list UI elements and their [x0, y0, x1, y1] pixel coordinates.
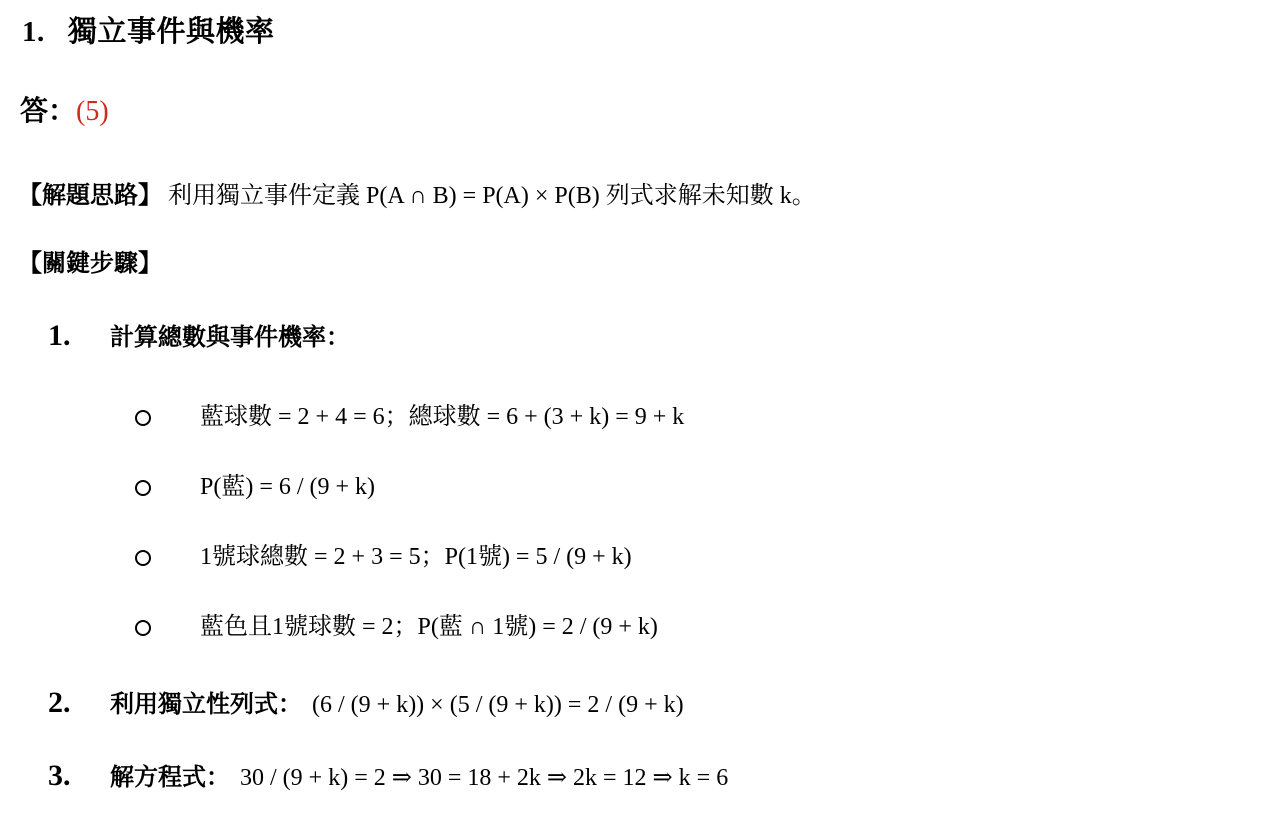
circle-bullet-icon [135, 480, 151, 496]
step-title: 利用獨立性列式： [110, 684, 302, 726]
bullet-item: P(藍) = 6 / (9 + k) [135, 470, 1282, 504]
step-formula: 30 / (9 + k) = 2 ⇒ 30 = 18 + 2k ⇒ 2k = 1… [240, 757, 728, 799]
circle-bullet-icon [135, 550, 151, 566]
solution-document: 1.獨立事件與機率 答：(5) 【解題思路】 利用獨立事件定義 P(A ∩ B)… [0, 0, 1282, 816]
bullet-item: 藍色且1號球數 = 2；P(藍 ∩ 1號) = 2 / (9 + k) [135, 610, 1282, 644]
question-title: 獨立事件與機率 [68, 16, 275, 48]
answer-value: (5) [76, 96, 109, 127]
approach-text: 利用獨立事件定義 P(A ∩ B) = P(A) × P(B) 列式求解未知數 … [168, 183, 816, 209]
step-number: 1. [48, 315, 110, 357]
approach-label: 【解題思路】 [18, 183, 162, 209]
step-title: 計算總數與事件機率： [110, 317, 350, 359]
step-formula: (6 / (9 + k)) × (5 / (9 + k)) = 2 / (9 +… [312, 684, 684, 726]
circle-bullet-icon [135, 410, 151, 426]
step-item-3: 3. 解方程式： 30 / (9 + k) = 2 ⇒ 30 = 18 + 2k… [0, 755, 1282, 799]
page-title: 1.獨立事件與機率 [22, 0, 1282, 52]
bullet-item: 1號球總數 = 2 + 3 = 5；P(1號) = 5 / (9 + k) [135, 540, 1282, 574]
key-steps-label: 【關鍵步驟】 [18, 248, 1282, 281]
approach-line: 【解題思路】 利用獨立事件定義 P(A ∩ B) = P(A) × P(B) 列… [18, 180, 1282, 213]
question-number: 1. [22, 12, 68, 52]
step-item-1: 1. 計算總數與事件機率： [0, 315, 1282, 359]
step-item-2: 2. 利用獨立性列式： (6 / (9 + k)) × (5 / (9 + k)… [0, 682, 1282, 726]
bullet-item: 藍球數 = 2 + 4 = 6；總球數 = 6 + (3 + k) = 9 + … [135, 400, 1282, 434]
bullet-text: 藍色且1號球數 = 2；P(藍 ∩ 1號) = 2 / (9 + k) [200, 610, 658, 644]
answer-label: 答： [20, 96, 76, 127]
bullet-text: 1號球總數 = 2 + 3 = 5；P(1號) = 5 / (9 + k) [200, 540, 632, 574]
step-number: 3. [48, 755, 110, 797]
bullet-text: 藍球數 = 2 + 4 = 6；總球數 = 6 + (3 + k) = 9 + … [200, 400, 684, 434]
step-title: 解方程式： [110, 757, 230, 799]
answer-line: 答：(5) [20, 93, 1282, 131]
bullet-text: P(藍) = 6 / (9 + k) [200, 470, 375, 504]
circle-bullet-icon [135, 620, 151, 636]
step-number: 2. [48, 682, 110, 724]
